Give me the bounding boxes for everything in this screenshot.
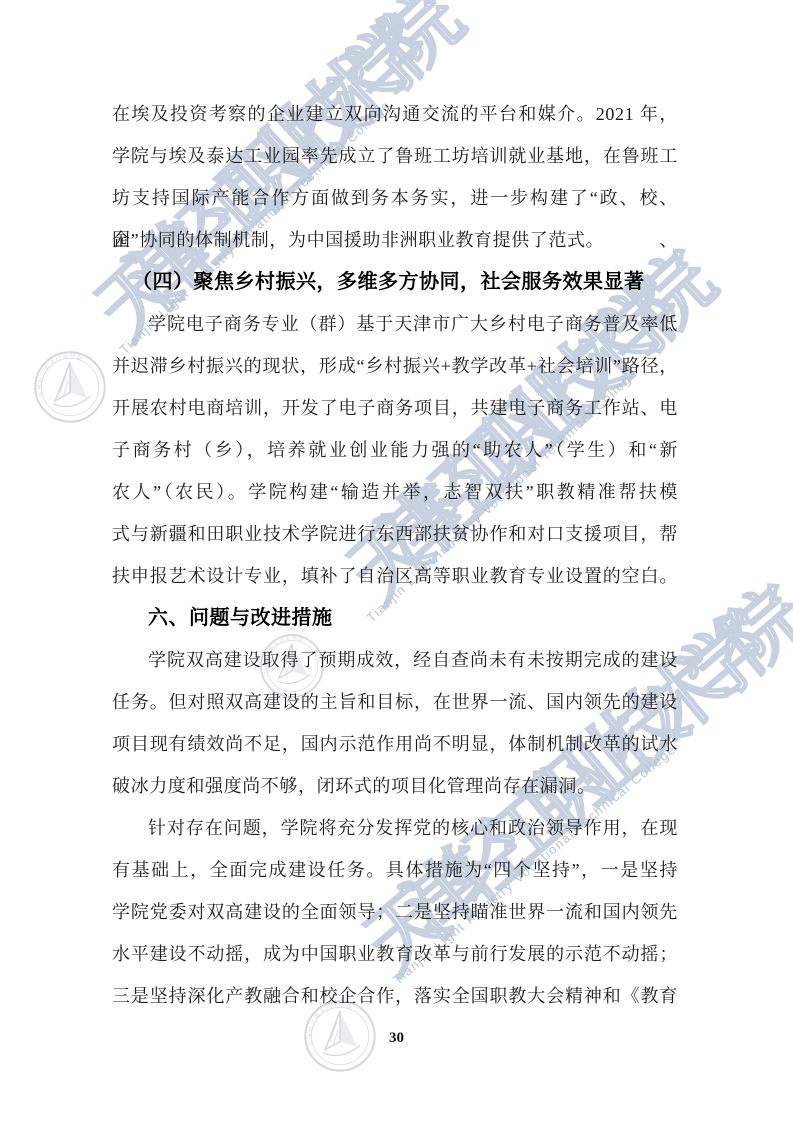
text-line: 学院与埃及泰达工业园率先成立了鲁班工坊培训就业基地，在鲁班工 bbox=[112, 135, 678, 177]
text-line: 子商务村（乡），培养就业创业能力强的“助农人”（学生）和“新 bbox=[112, 429, 678, 471]
text-line: 学院双高建设取得了预期成效，经自查尚未有未按期完成的建设 bbox=[112, 639, 678, 681]
page-number: 30 bbox=[0, 1030, 793, 1047]
logo-sail-right bbox=[70, 362, 88, 398]
text-line: 破冰力度和强度尚不够，闭环式的项目化管理尚存在漏洞。 bbox=[112, 765, 678, 807]
document-page: 天津轻工职业技术学院 天津轻工职业技术学院 天津轻工职业技术学院 Tianjin… bbox=[0, 0, 793, 1122]
logo-swoosh bbox=[53, 396, 90, 406]
text-line: 扶申报艺术设计专业，填补了自治区高等职业教育专业设置的空白。 bbox=[112, 555, 678, 597]
text-line: 式与新疆和田职业技术学院进行东西部扶贫协作和对口支援项目，帮 bbox=[112, 513, 678, 555]
text-line: 学院电子商务专业（群）基于天津市广大乡村电子商务普及率低 bbox=[112, 303, 678, 345]
text-line: 任务。但对照双高建设的主旨和目标，在世界一流、国内领先的建设 bbox=[112, 681, 678, 723]
text-line: 在埃及投资考察的企业建立双向沟通交流的平台和媒介。2021 年， bbox=[112, 93, 678, 135]
text-line: 项目现有绩效尚不足，国内示范作用尚不明显，体制机制改革的试水 bbox=[112, 723, 678, 765]
text-line: 开展农村电商培训，开发了电子商务项目，共建电子商务工作站、电 bbox=[112, 387, 678, 429]
text-line: 学院党委对双高建设的全面领导；二是坚持瞄准世界一流和国内领先 bbox=[112, 891, 678, 933]
text-line: 农人”（农民）。学院构建“输造并举，志智双扶”职教精准帮扶模 bbox=[112, 471, 678, 513]
college-logo-watermark: 天津轻工职业技术学院 bbox=[33, 350, 107, 424]
text-line: 三是坚持深化产教融合和校企合作，落实全国职教大会精神和《教育 bbox=[112, 975, 678, 1017]
section-heading: 六、问题与改进措施 bbox=[112, 597, 678, 639]
text-line: 针对存在问题，学院将充分发挥党的核心和政治领导作用，在现 bbox=[112, 807, 678, 849]
text-line: 园”协同的体制机制，为中国援助非洲职业教育提供了范式。 bbox=[112, 219, 678, 261]
text-line: 有基础上，全面完成建设任务。具体措施为“四个坚持”，一是坚持 bbox=[112, 849, 678, 891]
text-line: 坊支持国际产能合作方面做到务本务实，进一步构建了“政、校、企、 bbox=[112, 177, 678, 219]
document-body: 在埃及投资考察的企业建立双向沟通交流的平台和媒介。2021 年，学院与埃及泰达工… bbox=[112, 93, 678, 1017]
text-line: 并迟滞乡村振兴的现状，形成“乡村振兴+教学改革+社会培训”路径， bbox=[112, 345, 678, 387]
text-line: 水平建设不动摇，成为中国职业教育改革与前行发展的示范不动摇； bbox=[112, 933, 678, 975]
section-heading: （四）聚焦乡村振兴，多维多方协同，社会服务效果显著 bbox=[112, 261, 678, 303]
